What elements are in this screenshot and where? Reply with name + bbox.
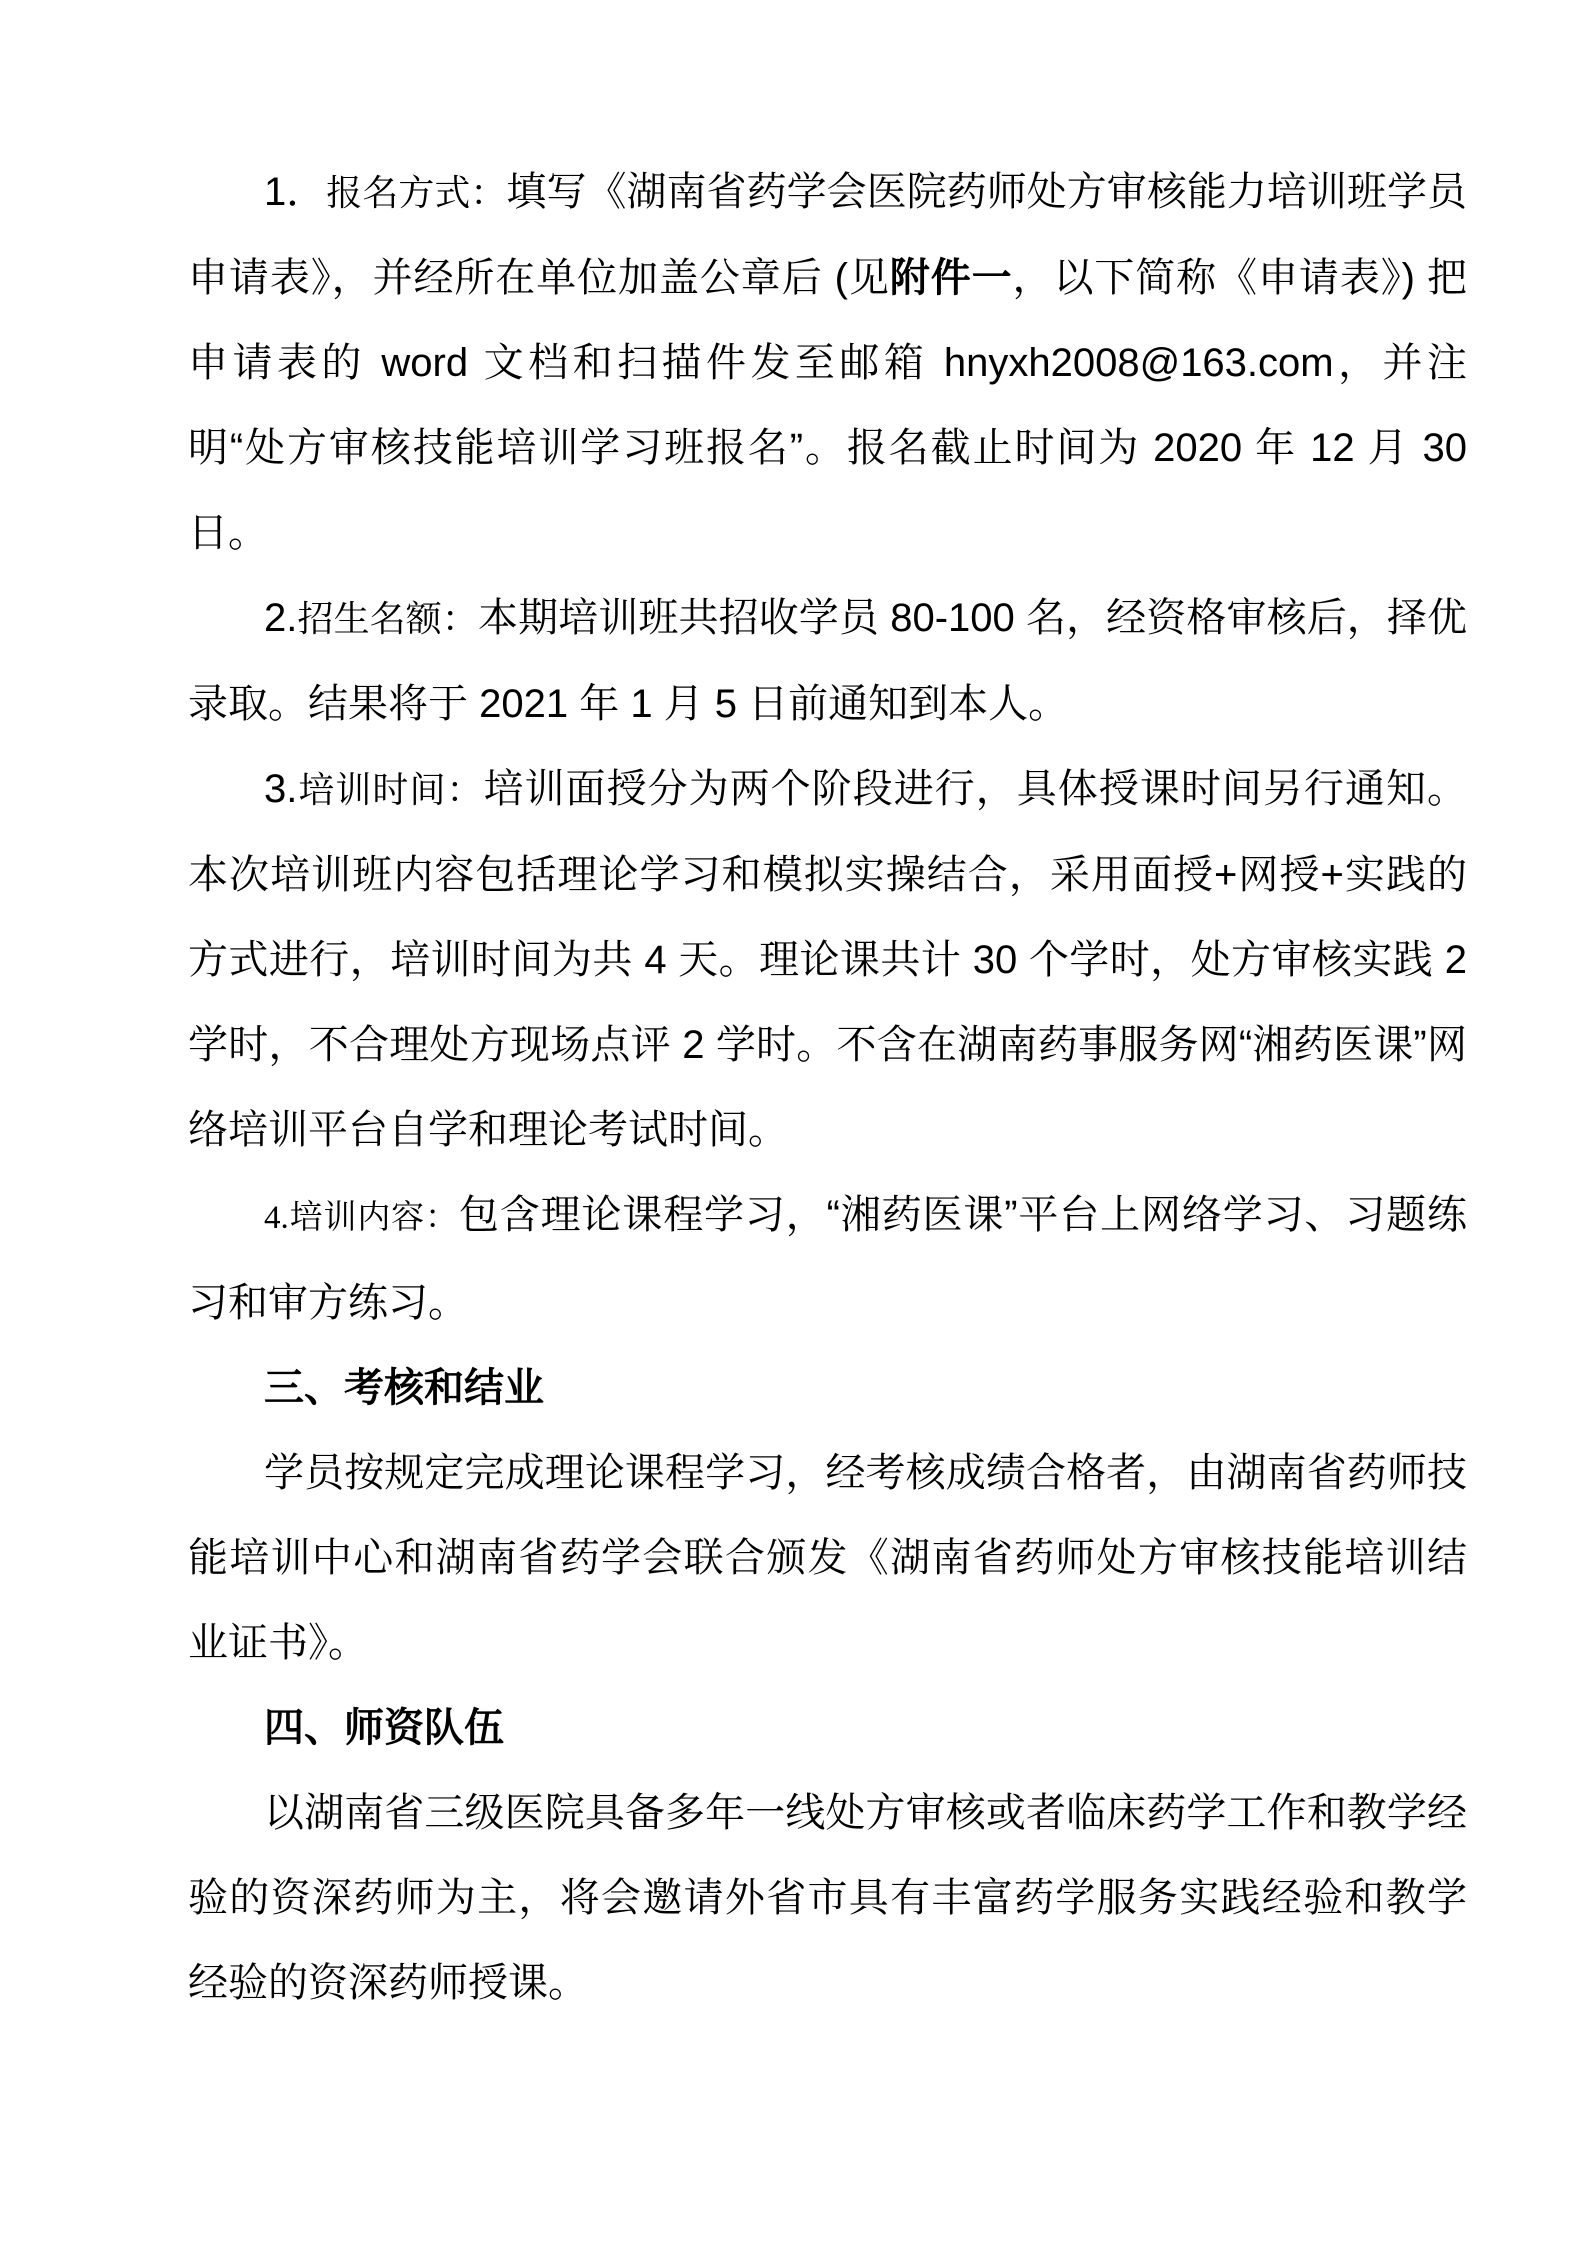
paragraph-training-content: 4.培训内容：包含理论课程学习，“湘药医课”平台上网络学习、习题练习和审方练习。 xyxy=(188,1173,1467,1346)
paragraph-enrollment-quota-run-1: 招生名额： xyxy=(297,599,478,639)
paragraph-enrollment-quota: 2.招生名额：本期培训班共招收学员 80-100 名，经资格审核后，择优录取。结… xyxy=(188,576,1467,747)
paragraph-training-content-run-0: 4. xyxy=(264,1200,289,1236)
paragraph-training-time-run-0: 3. xyxy=(264,767,297,811)
document-page: 1．报名方式：填写《湖南省药学会医院药师处方审核能力培训班学员申请表》，并经所在… xyxy=(0,0,1587,2245)
paragraph-faculty-detail-run-0: 以湖南省三级医院具备多年一线处方审核或者临床药学工作和教学经验的资深药师为主，将… xyxy=(188,1791,1467,2005)
document-body: 1．报名方式：填写《湖南省药学会医院药师处方审核能力培训班学员申请表》，并经所在… xyxy=(188,150,1467,2026)
paragraph-registration-method-run-4: ，以下简称《申请表》) 把申请表的 word 文档和扫描件发至邮箱 hnyxh2… xyxy=(188,256,1467,555)
paragraph-training-time-run-2: 培训面授分为两个阶段进行，具体授课时间另行通知。本次培训班内容包括理论学习和模拟… xyxy=(188,767,1467,1152)
paragraph-faculty-detail: 以湖南省三级医院具备多年一线处方审核或者临床药学工作和教学经验的资深药师为主，将… xyxy=(188,1771,1467,2026)
paragraph-training-time: 3.培训时间：培训面授分为两个阶段进行，具体授课时间另行通知。本次培训班内容包括… xyxy=(188,747,1467,1173)
paragraph-registration-method-run-3: 附件一 xyxy=(890,256,1013,300)
paragraph-registration-method-run-0: 1． xyxy=(264,170,326,214)
heading-assessment-and-graduation: 三、考核和结业 xyxy=(188,1346,1467,1431)
paragraph-registration-method: 1．报名方式：填写《湖南省药学会医院药师处方审核能力培训班学员申请表》，并经所在… xyxy=(188,150,1467,576)
paragraph-enrollment-quota-run-0: 2. xyxy=(264,596,297,640)
heading-faculty: 四、师资队伍 xyxy=(188,1686,1467,1771)
paragraph-assessment-detail-run-0: 学员按规定完成理论课程学习，经考核成绩合格者，由湖南省药师技能培训中心和湖南省药… xyxy=(188,1451,1467,1665)
heading-faculty-run-0: 四、师资队伍 xyxy=(264,1706,504,1750)
paragraph-registration-method-run-1: 报名方式： xyxy=(326,173,506,213)
paragraph-assessment-detail: 学员按规定完成理论课程学习，经考核成绩合格者，由湖南省药师技能培训中心和湖南省药… xyxy=(188,1431,1467,1686)
paragraph-training-time-run-1: 培训时间： xyxy=(297,770,483,810)
heading-assessment-and-graduation-run-0: 三、考核和结业 xyxy=(264,1366,544,1410)
paragraph-training-content-run-1: 培训内容： xyxy=(289,1200,459,1236)
